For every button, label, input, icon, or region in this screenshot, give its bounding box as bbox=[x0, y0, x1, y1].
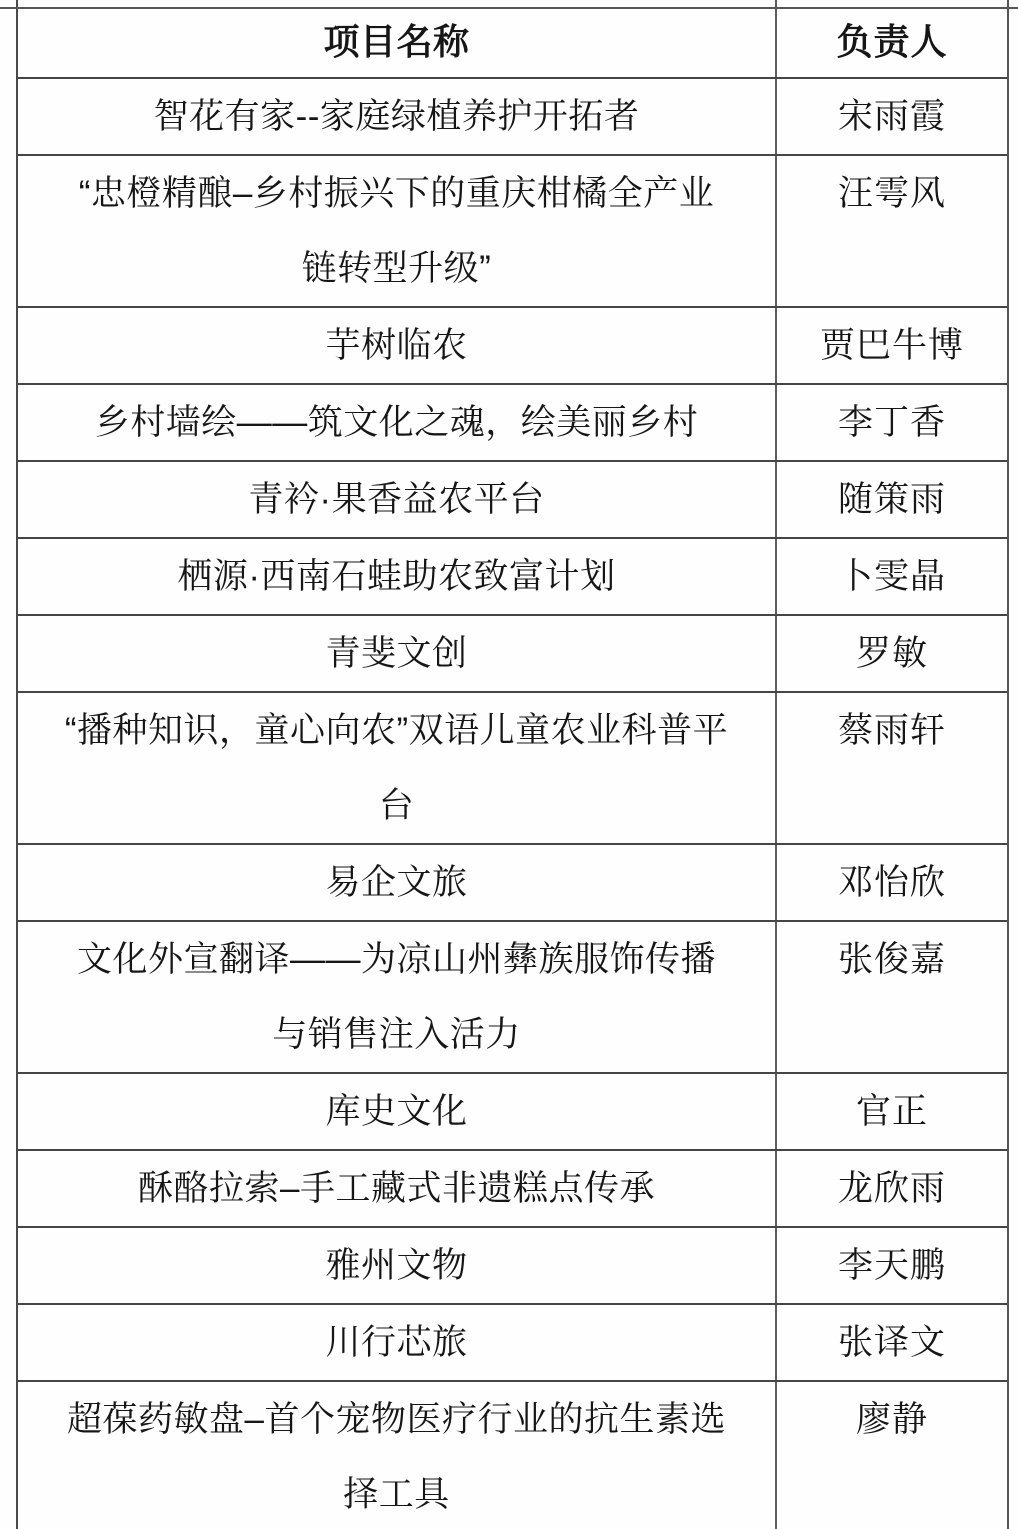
table-row: 酥酪拉索–手工藏式非遗糕点传承 龙欣雨 bbox=[18, 1151, 1007, 1228]
header-project-name: 项目名称 bbox=[18, 7, 777, 77]
leader-name-cell: 张俊嘉 bbox=[777, 922, 1007, 1072]
leader-name-cell: 张译文 bbox=[777, 1305, 1007, 1380]
leader-name-cell: 汪雩风 bbox=[777, 156, 1007, 306]
project-name-cell: 易企文旅 bbox=[18, 845, 777, 920]
table-row: 芋树临农 贾巴牛博 bbox=[18, 308, 1007, 385]
project-name-cell: 智花有家--家庭绿植养护开拓者 bbox=[18, 79, 777, 154]
leader-name-cell: 蔡雨轩 bbox=[777, 693, 1007, 843]
table-row: “播种知识，童心向农”双语儿童农业科普平台 蔡雨轩 bbox=[18, 693, 1007, 845]
cutoff-project-cell bbox=[18, 0, 777, 7]
table-row: “忠橙精酿–乡村振兴下的重庆柑橘全产业链转型升级” 汪雩风 bbox=[18, 156, 1007, 308]
project-name-cell: 栖源·西南石蛙助农致富计划 bbox=[18, 539, 777, 614]
leader-name-cell: 廖静 bbox=[777, 1382, 1007, 1529]
table-body: 智花有家--家庭绿植养护开拓者 宋雨霞 “忠橙精酿–乡村振兴下的重庆柑橘全产业链… bbox=[18, 79, 1007, 1529]
header-leader: 负责人 bbox=[777, 7, 1007, 77]
leader-name-cell: 官正 bbox=[777, 1074, 1007, 1149]
table-header-row: 项目名称 负责人 bbox=[18, 7, 1007, 79]
table-row: 雅州文物 李天鹏 bbox=[18, 1228, 1007, 1305]
leader-name-cell: 宋雨霞 bbox=[777, 79, 1007, 154]
project-name-cell: 芋树临农 bbox=[18, 308, 777, 383]
project-name-cell: 乡村墙绘——筑文化之魂，绘美丽乡村 bbox=[18, 385, 777, 460]
project-name-cell: 雅州文物 bbox=[18, 1228, 777, 1303]
leader-name-cell: 龙欣雨 bbox=[777, 1151, 1007, 1226]
leader-name-cell: 随策雨 bbox=[777, 462, 1007, 537]
leader-name-cell: 贾巴牛博 bbox=[777, 308, 1007, 383]
project-name-cell: 川行芯旅 bbox=[18, 1305, 777, 1380]
leader-name-cell: 罗敏 bbox=[777, 616, 1007, 691]
project-name-cell: 酥酪拉索–手工藏式非遗糕点传承 bbox=[18, 1151, 777, 1226]
project-name-cell: 库史文化 bbox=[18, 1074, 777, 1149]
cutoff-row-sliver bbox=[18, 0, 1007, 7]
leader-name-cell: 李丁香 bbox=[777, 385, 1007, 460]
table-row: 乡村墙绘——筑文化之魂，绘美丽乡村 李丁香 bbox=[18, 385, 1007, 462]
top-horizontal-rule bbox=[0, 7, 1018, 9]
project-name-cell: “播种知识，童心向农”双语儿童农业科普平台 bbox=[18, 693, 777, 843]
leader-name-cell: 邓怡欣 bbox=[777, 845, 1007, 920]
project-name-cell: 超葆药敏盘–首个宠物医疗行业的抗生素选择工具 bbox=[18, 1382, 777, 1529]
table-row: 川行芯旅 张译文 bbox=[18, 1305, 1007, 1382]
table-row: 青斐文创 罗敏 bbox=[18, 616, 1007, 693]
cutoff-leader-cell bbox=[777, 0, 1007, 7]
table-row: 库史文化 官正 bbox=[18, 1074, 1007, 1151]
table-row: 超葆药敏盘–首个宠物医疗行业的抗生素选择工具 廖静 bbox=[18, 1382, 1007, 1529]
project-leader-table: 项目名称 负责人 智花有家--家庭绿植养护开拓者 宋雨霞 “忠橙精酿–乡村振兴下… bbox=[16, 0, 1009, 1529]
table-row: 文化外宣翻译——为凉山州彝族服饰传播与销售注入活力 张俊嘉 bbox=[18, 922, 1007, 1074]
table-row: 易企文旅 邓怡欣 bbox=[18, 845, 1007, 922]
table-row: 智花有家--家庭绿植养护开拓者 宋雨霞 bbox=[18, 79, 1007, 156]
project-name-cell: 青斐文创 bbox=[18, 616, 777, 691]
table-row: 栖源·西南石蛙助农致富计划 卜雯晶 bbox=[18, 539, 1007, 616]
table-row: 青衿·果香益农平台 随策雨 bbox=[18, 462, 1007, 539]
leader-name-cell: 李天鹏 bbox=[777, 1228, 1007, 1303]
leader-name-cell: 卜雯晶 bbox=[777, 539, 1007, 614]
project-name-cell: 文化外宣翻译——为凉山州彝族服饰传播与销售注入活力 bbox=[18, 922, 777, 1072]
project-name-cell: 青衿·果香益农平台 bbox=[18, 462, 777, 537]
document-page: 项目名称 负责人 智花有家--家庭绿植养护开拓者 宋雨霞 “忠橙精酿–乡村振兴下… bbox=[0, 0, 1018, 1529]
project-name-cell: “忠橙精酿–乡村振兴下的重庆柑橘全产业链转型升级” bbox=[18, 156, 777, 306]
